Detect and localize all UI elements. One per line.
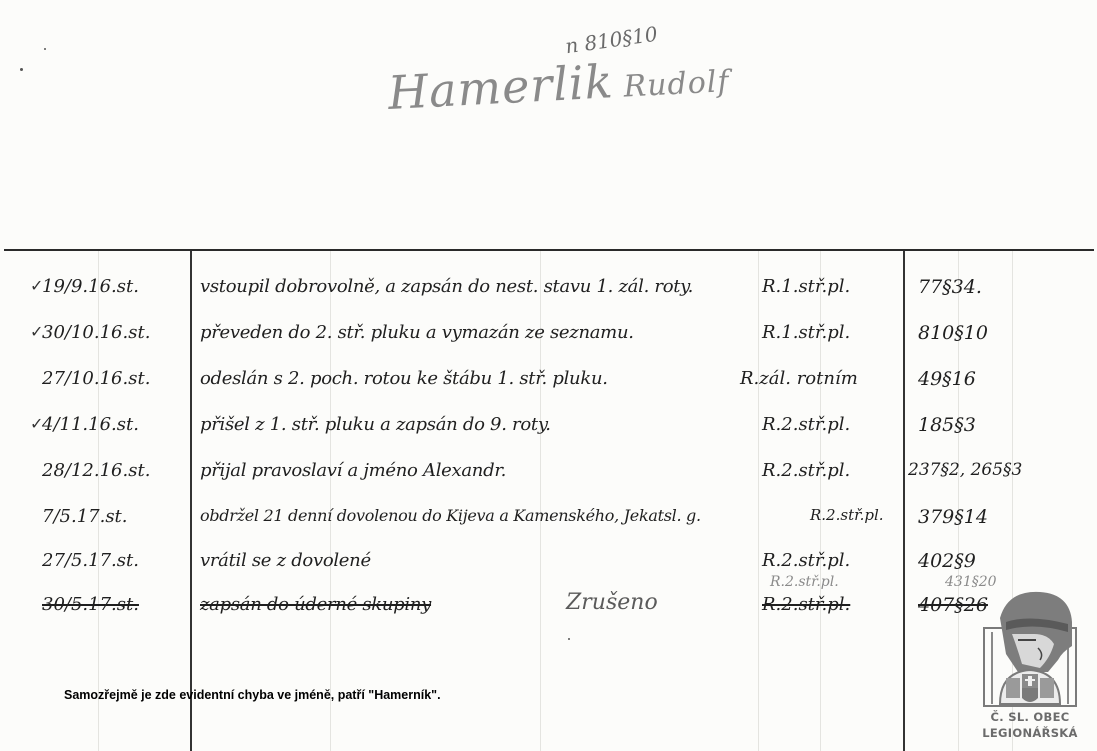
entry-unit: R.zál. rotním — [740, 368, 880, 389]
entry-number: 810§10 — [918, 322, 1068, 344]
table-row-struck: 30/5.17.st. zapsán do úderné skupiny R.2… — [0, 594, 1097, 630]
entry-number: 402§9 — [918, 550, 1068, 572]
entry-date: 30/10.16.st. — [42, 322, 182, 343]
entry-text: zapsán do úderné skupiny — [200, 594, 431, 615]
entry-number: 77§34. — [918, 276, 1068, 298]
table-row: 28/12.16.st. přijal pravoslaví a jméno A… — [0, 460, 1097, 496]
surname: Hamerlik — [387, 54, 615, 120]
scanned-document-page: n 810§10 HamerlikRudolf ✓ 19/9.16.st. vs… — [0, 0, 1097, 751]
entry-number: 379§14 — [918, 506, 1068, 528]
entry-text: obdržel 21 denní dovolenou do Kijeva a K… — [200, 506, 701, 525]
legion-logo: Č. SL. OBEC LEGIONÁŘSKÁ — [978, 588, 1082, 746]
speck — [44, 48, 46, 50]
entry-text: vstoupil dobrovolně, a zapsán do nest. s… — [200, 276, 693, 297]
table-row: ✓ 19/9.16.st. vstoupil dobrovolně, a zap… — [0, 276, 1097, 312]
table-row: ✓ 30/10.16.st. převeden do 2. stř. pluku… — [0, 322, 1097, 358]
entry-unit: R.1.stř.pl. — [762, 276, 902, 297]
entry-unit: R.2.stř.pl. — [762, 594, 902, 615]
first-name: Rudolf — [623, 64, 731, 104]
entry-unit: R.2.stř.pl. — [762, 460, 902, 481]
entry-date: 27/10.16.st. — [42, 368, 182, 389]
entry-number: 185§3 — [918, 414, 1068, 436]
entry-unit: R.1.stř.pl. — [762, 322, 902, 343]
person-name: HamerlikRudolf — [387, 48, 731, 120]
entry-unit: R.2.stř.pl. — [762, 550, 902, 571]
entry-date: 7/5.17.st. — [42, 506, 182, 527]
table-row: 7/5.17.st. obdržel 21 denní dovolenou do… — [0, 506, 1097, 542]
entry-date: 19/9.16.st. — [42, 276, 182, 297]
speck — [20, 68, 23, 71]
entry-date: 27/5.17.st. — [42, 550, 182, 571]
interlinear-unit: R.2.stř.pl. — [770, 574, 910, 590]
cancelled-annotation: Zrušeno — [566, 590, 658, 615]
entry-unit: R.2.stř.pl. — [762, 414, 902, 435]
entry-number: 49§16 — [918, 368, 1068, 390]
table-row: 27/10.16.st. odeslán s 2. poch. rotou ke… — [0, 368, 1097, 404]
entry-text: vrátil se z dovolené — [200, 550, 371, 571]
logo-line-1: Č. SL. OBEC — [978, 710, 1082, 724]
entry-text: přišel z 1. stř. pluku a zapsán do 9. ro… — [200, 414, 551, 435]
legionnaire-helmet-icon — [978, 588, 1082, 708]
entry-date: 28/12.16.st. — [42, 460, 182, 481]
entry-date: 4/11.16.st. — [42, 414, 182, 435]
entry-date: 30/5.17.st. — [42, 594, 182, 615]
table-top-rule — [4, 249, 1094, 251]
logo-line-2: LEGIONÁŘSKÁ — [978, 726, 1082, 740]
table-row: ✓ 4/11.16.st. přišel z 1. stř. pluku a z… — [0, 414, 1097, 450]
entry-text: odeslán s 2. poch. rotou ke štábu 1. stř… — [200, 368, 608, 389]
entry-number: 237§2, 265§3 — [908, 460, 1058, 480]
entry-text: převeden do 2. stř. pluku a vymazán ze s… — [200, 322, 634, 343]
entry-text: přijal pravoslaví a jméno Alexandr. — [200, 460, 506, 481]
caption-note: Samozřejmě je zde evidentní chyba ve jmé… — [64, 688, 441, 702]
speck — [568, 638, 570, 640]
